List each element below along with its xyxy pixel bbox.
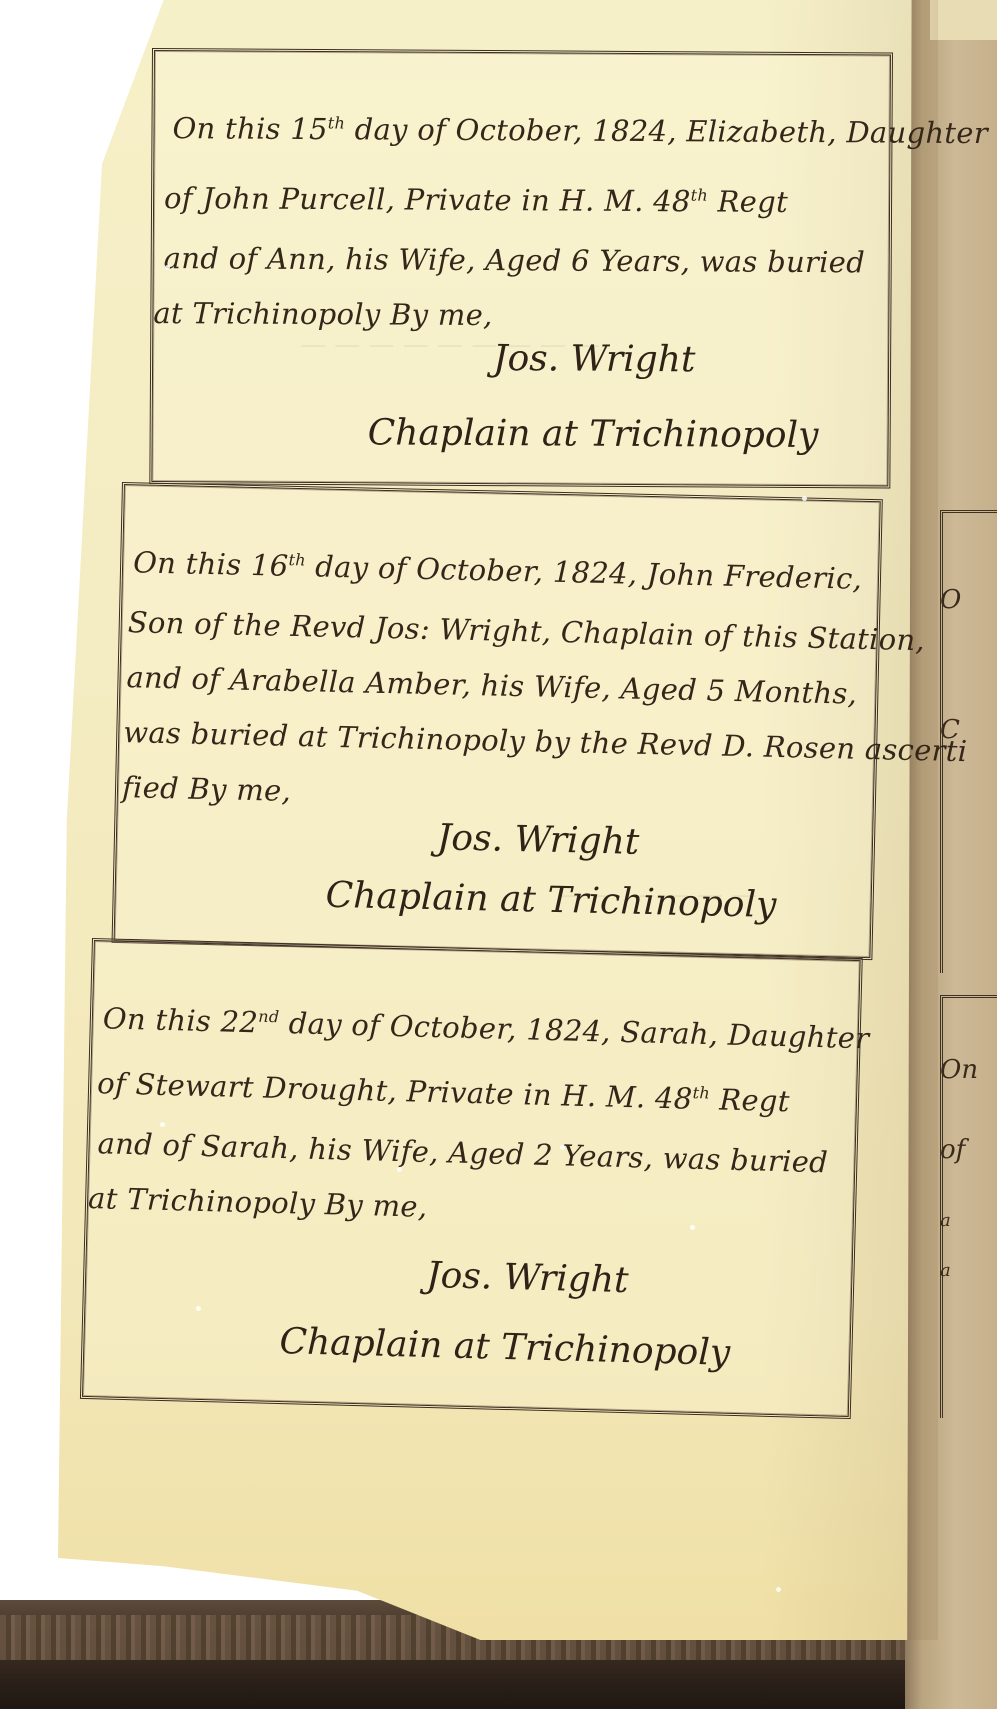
- text: of Stewart Drought, Private in H. M. 48: [97, 1066, 693, 1116]
- adjacent-text-fragment: of: [940, 1135, 965, 1165]
- burial-entry-2: On this 16th day of October, 1824, John …: [112, 482, 883, 960]
- ordinal-suffix: th: [692, 1083, 710, 1102]
- text: of John Purcell, Private in H. M. 48: [164, 181, 691, 218]
- paper-speck: [160, 1122, 165, 1127]
- paper-speck: [196, 1306, 201, 1311]
- entry-1-line-1: On this 15th day of October, 1824, Eliza…: [172, 111, 988, 150]
- entry-3-signature: Jos. Wright: [426, 1255, 629, 1301]
- entry-3-line-1: On this 22nd day of October, 1824, Sarah…: [102, 1001, 869, 1055]
- entry-2-line-3: and of Arabella Amber, his Wife, Aged 5 …: [126, 660, 857, 711]
- adjacent-text-fragment: a: [940, 1260, 951, 1281]
- entry-2-line-4: was buried at Trichinopoly by the Revd D…: [123, 715, 968, 768]
- text: On this 22: [102, 1001, 258, 1039]
- text: day of October, 1824, Elizabeth, Daughte…: [345, 112, 988, 150]
- paper-speck: [802, 496, 807, 501]
- entry-3-chaplain-title: Chaplain at Trichinopoly: [279, 1321, 731, 1374]
- paper-speck: [397, 1167, 402, 1172]
- adjacent-text-fragment: On: [940, 1055, 978, 1085]
- burial-entry-3: On this 22nd day of October, 1824, Sarah…: [80, 938, 863, 1419]
- entry-3-line-4: at Trichinopoly By me,: [88, 1181, 428, 1224]
- entry-3-line-3: and of Sarah, his Wife, Aged 2 Years, wa…: [97, 1126, 828, 1179]
- text: day of October, 1824, John Frederic,: [305, 549, 862, 596]
- adjacent-page-top: [930, 0, 997, 40]
- text: Regt: [709, 1082, 790, 1118]
- entry-1-line-3: and of Ann, his Wife, Aged 6 Years, was …: [164, 241, 866, 279]
- entry-1-line-2: of John Purcell, Private in H. M. 48th R…: [164, 181, 788, 219]
- paper-speck: [690, 1225, 695, 1230]
- text: Regt: [708, 184, 788, 218]
- paper-speck: [165, 265, 170, 270]
- entry-2-line-5: fied By me,: [122, 770, 292, 808]
- paper-speck: [88, 69, 93, 74]
- entry-1-chaplain-title: Chaplain at Trichinopoly: [368, 412, 819, 456]
- text: On this 15: [172, 111, 327, 146]
- entry-1-signature: Jos. Wright: [493, 338, 696, 380]
- adjacent-text-fragment: a: [940, 1210, 951, 1231]
- text: On this 16: [133, 545, 289, 583]
- entry-1-line-4: at Trichinopoly By me,: [153, 296, 492, 332]
- paper-speck: [560, 1145, 565, 1150]
- ordinal-suffix: th: [691, 186, 708, 205]
- ordinal-suffix: nd: [258, 1007, 280, 1027]
- entry-2-signature: Jos. Wright: [437, 817, 640, 863]
- entry-2-chaplain-title: Chaplain at Trichinopoly: [325, 875, 777, 926]
- text: day of October, 1824, Sarah, Daughter: [279, 1006, 870, 1055]
- ordinal-suffix: th: [328, 113, 345, 132]
- entry-2-line-2: Son of the Revd Jos: Wright, Chaplain of…: [127, 605, 925, 657]
- adjacent-text-fragment: O: [940, 585, 961, 615]
- entry-3-line-2: of Stewart Drought, Private in H. M. 48t…: [97, 1066, 790, 1118]
- ordinal-suffix: th: [288, 550, 306, 569]
- paper-speck: [78, 127, 83, 132]
- entry-2-line-1: On this 16th day of October, 1824, John …: [133, 545, 863, 596]
- burial-entry-1: On this 15th day of October, 1824, Eliza…: [149, 48, 893, 489]
- paper-speck: [776, 1587, 781, 1592]
